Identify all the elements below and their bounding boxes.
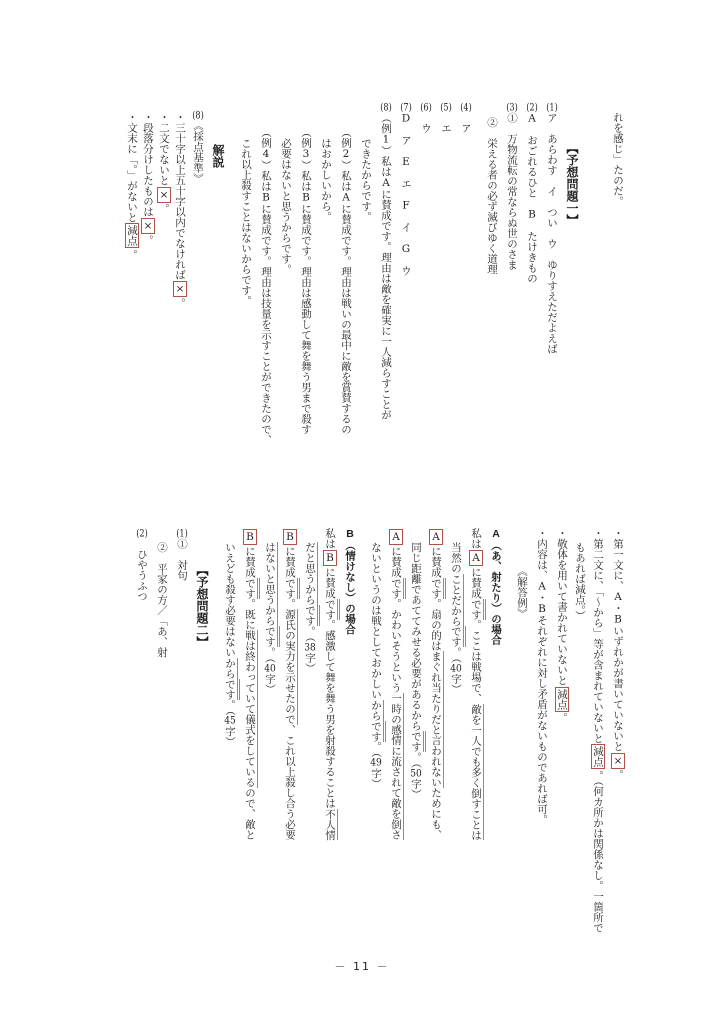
horizontal-in-vertical-label: 40 — [450, 663, 462, 674]
emphasis-line: 敵を一人でも多く倒すことは — [470, 704, 484, 841]
score-mark-box: 減点 — [591, 744, 605, 769]
text-column: (5) エ — [436, 102, 456, 458]
text-column: （例4）私はBに賛成です。理由は技量を示すことができたので、 — [256, 102, 276, 458]
text-column: (1)ア あらわす イ つい ウ ゆりすえただよえば — [542, 102, 562, 458]
answer-key-page: { "page": { "background": "#ffffff", "in… — [0, 0, 724, 1024]
horizontal-in-vertical-label: 40 — [264, 663, 276, 674]
text-column: ② 平家の方／「あ、射 — [152, 528, 172, 956]
text-column: れを感じ」たのだ。 — [608, 102, 628, 458]
section-heading: 解説 — [208, 102, 228, 458]
text-column: ・第二文に、「〜から」等が含まれていないと減点。（何カ所かは関係なし。一箇所で — [588, 528, 608, 956]
emphasis-double-line: です — [410, 731, 426, 752]
horizontal-in-vertical-label: 50 — [410, 768, 422, 779]
text-column: はないと思うからです。（40字） — [260, 528, 280, 956]
emphasis-double-line: です — [284, 578, 300, 599]
horizontal-in-vertical-label: (1) — [546, 102, 558, 113]
emphasis-line: まぐれ当たりだと言われない — [430, 651, 444, 788]
text-column: これ以上殺すことはないからです。 — [236, 102, 256, 458]
horizontal-in-vertical-label: (3) — [506, 102, 518, 113]
score-mark-box: 減点 — [125, 223, 139, 248]
score-mark-box: × — [157, 187, 171, 203]
emphasis-line: 戦は終わっていて儀式をしている — [244, 630, 258, 788]
emphasis-double-line: です — [430, 578, 446, 599]
emphasis-double-line: です — [470, 599, 486, 620]
emphasis-double-line: です — [390, 578, 406, 599]
text-column: 私はBに賛成です。感激して舞を舞う男を射殺することは不人情 — [320, 528, 340, 956]
emphasis-line: 不人情 — [324, 809, 338, 841]
emphasis-line: 源氏の実力を示せたので — [284, 609, 298, 725]
horizontal-in-vertical-label: (4) — [460, 102, 472, 113]
emphasis-line: 一時の感情に流されて敵を倒さ — [390, 693, 404, 840]
emphasis-double-line: です — [324, 599, 340, 620]
horizontal-in-vertical-label: (5) — [440, 102, 452, 113]
horizontal-in-vertical-label: 45 — [224, 715, 236, 726]
text-column: だと思うからです。（38字） — [300, 528, 320, 956]
text-column: (7)D ア E エ F イ G ウ — [396, 102, 416, 458]
text-column: ・三十字以上五十字以内でなければ×。 — [172, 102, 188, 458]
text-column: (2) ひやうふつ — [132, 528, 152, 956]
text-column: いえども殺す必要はないからです。（45字） — [220, 528, 240, 956]
emphasis-double-line: です — [450, 626, 466, 647]
text-column: できたからです。 — [356, 102, 376, 458]
text-column: ・敬体を用いて書かれていないと減点。 — [552, 528, 572, 956]
emphasis-line: だと思うから — [304, 542, 318, 605]
emphasis-double-line: です — [244, 578, 260, 599]
text-column: 同じ距離であててみせる必要があるからです。（50字） — [406, 528, 426, 956]
text-column: Aに賛成です。扇の的はまぐれ当たりだと言われないためにも、 — [426, 528, 446, 956]
score-mark-box: A — [389, 529, 403, 545]
score-mark-box: A — [469, 550, 483, 566]
text-column: はおかしいから。 — [316, 102, 336, 458]
page-number: － 11 － — [0, 958, 724, 974]
horizontal-in-vertical-label: 49 — [370, 757, 382, 768]
score-mark-box: B — [243, 529, 257, 545]
text-column: 当然のことだからです。（40字） — [446, 528, 466, 956]
text-column: ・文末に「。」がないと減点。 — [124, 102, 140, 458]
score-mark-box: 減点 — [555, 687, 569, 712]
text-column: (2)A おごれるひと B たけきもの — [522, 102, 542, 458]
text-column: ないというのは戦としておかしいからです。（49字） — [366, 528, 386, 956]
text-column: Bに賛成です。既に戦は終わっていて儀式をしているので、敵と — [240, 528, 260, 956]
answer-section-top: れを感じ」たのだ。【予想問題一】(1)ア あらわす イ つい ウ ゆりすえただよ… — [124, 102, 628, 458]
horizontal-in-vertical-label: (7) — [400, 102, 412, 113]
horizontal-in-vertical-label: (8) — [192, 110, 204, 121]
text-column: ・第一文に、A・Bいずれかが書いていないと×。 — [608, 528, 628, 956]
emphasis-double-line: です — [224, 679, 240, 700]
score-mark-box: A — [429, 529, 443, 545]
text-column: （例2）私はAに賛成です。理由は戦いの最中に敵を賞賛するの — [336, 102, 356, 458]
score-mark-box: × — [173, 281, 187, 297]
section-heading: 【予想問題二】 — [192, 528, 212, 956]
emphasis-line: から — [370, 700, 384, 721]
text-column: ② 栄える者の必ず滅びゆく道理 — [482, 102, 502, 458]
text-column: ・段落分けしたものは×。 — [140, 102, 156, 458]
emphasis-line: から — [224, 658, 238, 679]
text-column: 《解答例》 — [512, 528, 532, 956]
emphasis-line: ことだから — [450, 574, 464, 627]
text-column: (4) ア — [456, 102, 476, 458]
emphasis-double-line: です — [304, 605, 320, 626]
section-heading: A（あ、射たり）の場合 — [486, 528, 506, 956]
answer-section-bottom: ・第一文に、A・Bいずれかが書いていないと×。・第二文に、「〜から」等が含まれて… — [132, 528, 628, 956]
text-column: (6) ウ — [416, 102, 436, 458]
text-column: （例3）私はBに賛成です。理由は感動して舞を舞う男まで殺す — [296, 102, 316, 458]
text-column: もあれば減点。） — [572, 528, 588, 956]
text-column: 私はAに賛成です。ここは戦場で、敵を一人でも多く倒すことは — [466, 528, 486, 956]
score-mark-box: × — [611, 753, 625, 769]
section-heading: B（情けなし）の場合 — [340, 528, 360, 956]
horizontal-in-vertical-label: (2) — [136, 528, 148, 539]
horizontal-in-vertical-label: (8) — [380, 102, 392, 113]
text-column: (3)① 万物流転の常ならぬ世のさま — [502, 102, 522, 458]
horizontal-in-vertical-label: (2) — [526, 102, 538, 113]
text-column: 必要はないと思うからです。 — [276, 102, 296, 458]
score-mark-box: B — [323, 550, 337, 566]
text-column: ・二文でないと×。 — [156, 102, 172, 458]
text-column: Aに賛成です。かわいそうという一時の感情に流されて敵を倒さ — [386, 528, 406, 956]
text-column: (8)（例1）私はAに賛成です。理由は敵を確実に一人減らすことが — [376, 102, 396, 458]
horizontal-in-vertical-label: (6) — [420, 102, 432, 113]
horizontal-in-vertical-label: 38 — [304, 642, 316, 653]
text-column: (8)《採点基準》 — [188, 102, 208, 458]
emphasis-double-line: です — [370, 721, 386, 742]
text-column: ・内容は、A・Bそれぞれに対し矛盾がないものであれば可。 — [532, 528, 552, 956]
score-mark-box: B — [283, 529, 297, 545]
emphasis-double-line: です — [264, 626, 280, 647]
text-column: (1)① 対句 — [172, 528, 192, 956]
score-mark-box: × — [141, 218, 155, 234]
horizontal-in-vertical-label: (1) — [176, 528, 188, 539]
text-column: Bに賛成です。源氏の実力を示せたので、これ以上殺し合う必要 — [280, 528, 300, 956]
emphasis-line: はないと思うから — [264, 542, 278, 626]
section-heading: 【予想問題一】 — [562, 102, 582, 458]
